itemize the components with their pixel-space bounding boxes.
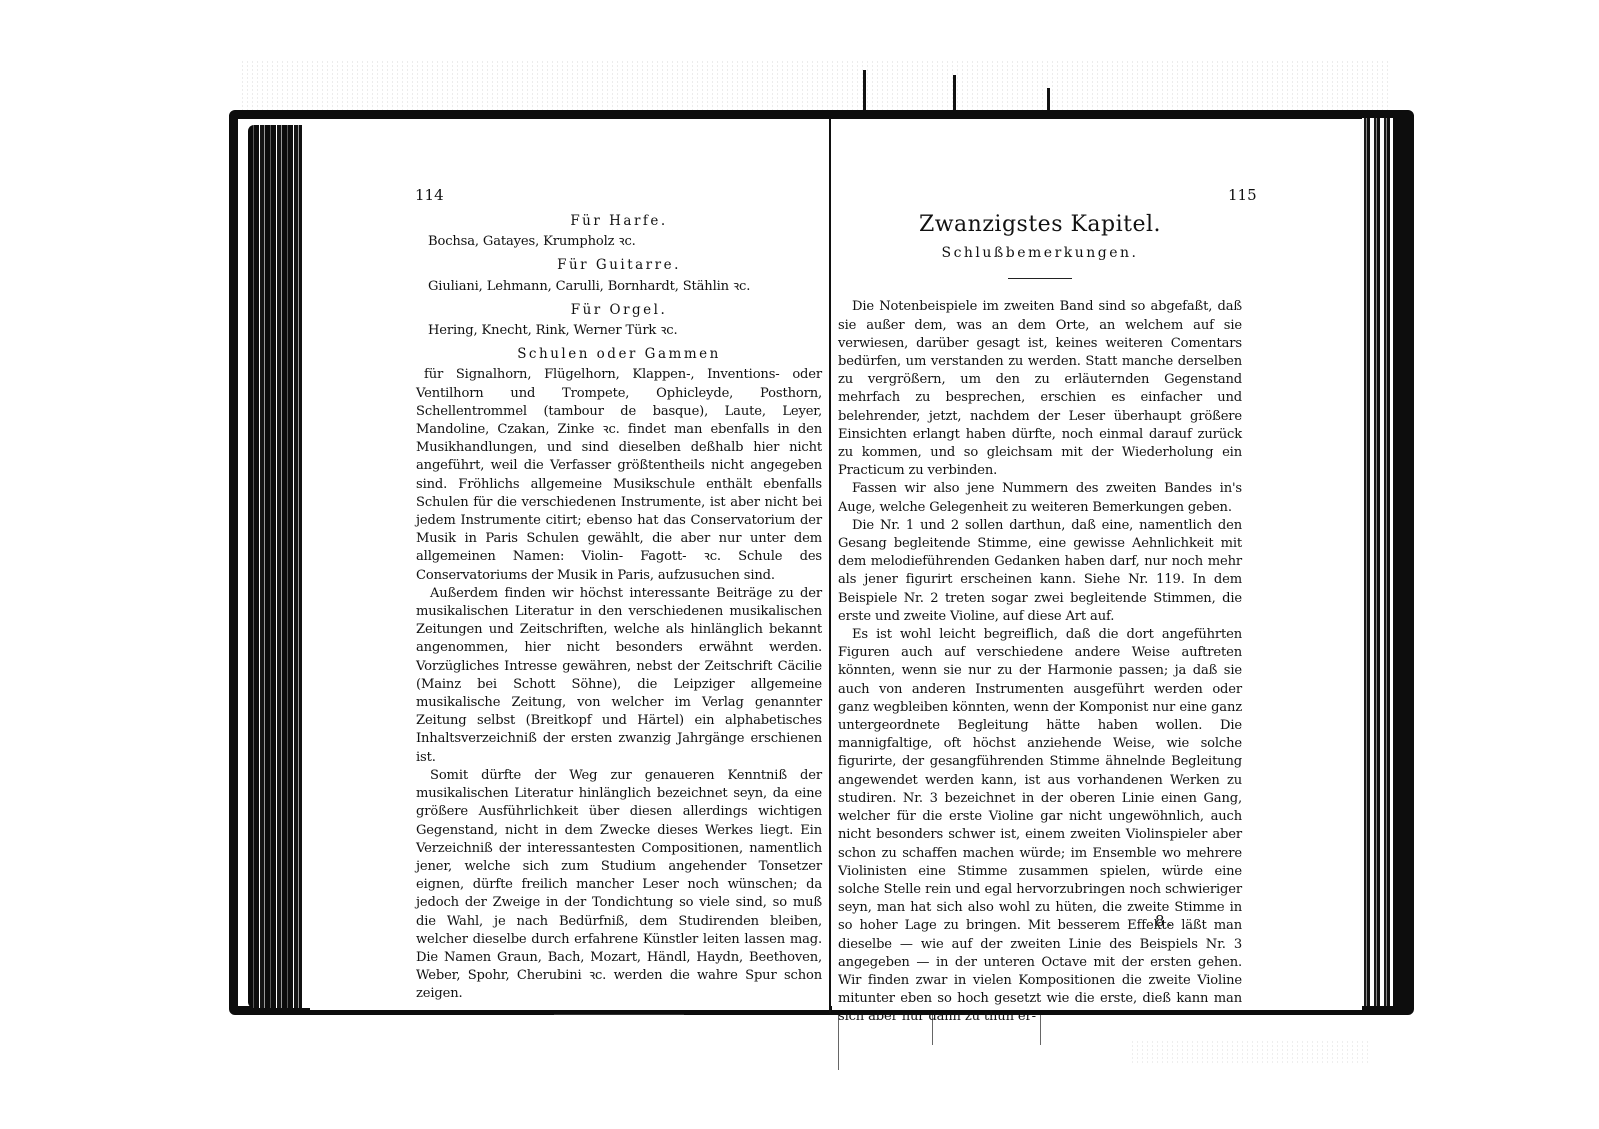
section-entry-guitarre: Giuliani, Lehmann, Carulli, Bornhardt, S… <box>428 278 822 296</box>
book-gutter <box>829 118 831 1013</box>
page-number-left: 114 <box>415 186 444 204</box>
chapter-title: Zwanzigstes Kapitel. <box>838 216 1242 234</box>
end-rule <box>554 1014 684 1015</box>
scan-noise-top <box>240 60 1390 115</box>
page-edges-left <box>248 125 310 1008</box>
section-entry-harfe: Bochsa, Gatayes, Krumpholz ꝛc. <box>428 233 822 251</box>
paragraph: Die Notenbeispiele im zweiten Band sind … <box>838 298 1242 480</box>
page-number-right: 115 <box>1228 186 1257 204</box>
page-tab-marker <box>863 70 866 115</box>
section-heading-guitarre: Für Guitarre. <box>416 256 822 274</box>
chapter-rule <box>1008 278 1072 279</box>
chapter-subtitle: Schlußbemerkungen. <box>838 244 1242 262</box>
right-page-text: Zwanzigstes Kapitel. Schlußbemerkungen. … <box>838 216 1242 1027</box>
page-tab-marker <box>953 75 956 115</box>
paragraph: Somit dürfte der Weg zur genaueren Kennt… <box>416 767 822 1004</box>
section-heading-orgel: Für Orgel. <box>416 301 822 319</box>
section-heading-harfe: Für Harfe. <box>416 212 822 230</box>
section-entry-orgel: Hering, Knecht, Rink, Werner Türk ꝛc. <box>428 322 822 340</box>
paragraph: Die Nr. 1 und 2 sollen darthun, daß eine… <box>838 517 1242 626</box>
scan-noise-bottom <box>1130 1040 1370 1065</box>
page-edges-right <box>1362 118 1394 1006</box>
paragraph: Außerdem finden wir höchst interessante … <box>416 585 822 767</box>
paragraph: Es ist wohl leicht begreiflich, daß die … <box>838 626 1242 1026</box>
left-page-text: Für Harfe. Bochsa, Gatayes, Krumpholz ꝛc… <box>416 210 822 1015</box>
book-spine-right <box>1393 118 1405 1006</box>
section-heading-schulen: Schulen oder Gammen <box>416 345 822 363</box>
signature-mark: 8. <box>1155 912 1175 930</box>
paragraph: für Signalhorn, Flügelhorn, Klappen-, In… <box>416 366 822 584</box>
paragraph: Fassen wir also jene Nummern des zweiten… <box>838 480 1242 516</box>
